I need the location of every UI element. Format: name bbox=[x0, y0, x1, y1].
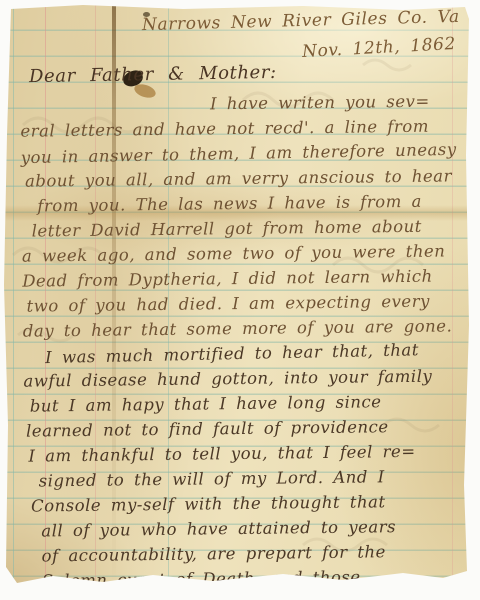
letter-scan: Narrows New River Giles Co. Va Nov. 12th… bbox=[0, 0, 480, 600]
letter-paper: Narrows New River Giles Co. Va Nov. 12th… bbox=[3, 5, 470, 592]
letter-body: I have writen you sev= eral letters and … bbox=[12, 88, 469, 593]
letter-salutation: Dear Father & Mother: bbox=[29, 62, 277, 87]
letter-line: Solemn event of Death, and those bbox=[18, 563, 469, 594]
